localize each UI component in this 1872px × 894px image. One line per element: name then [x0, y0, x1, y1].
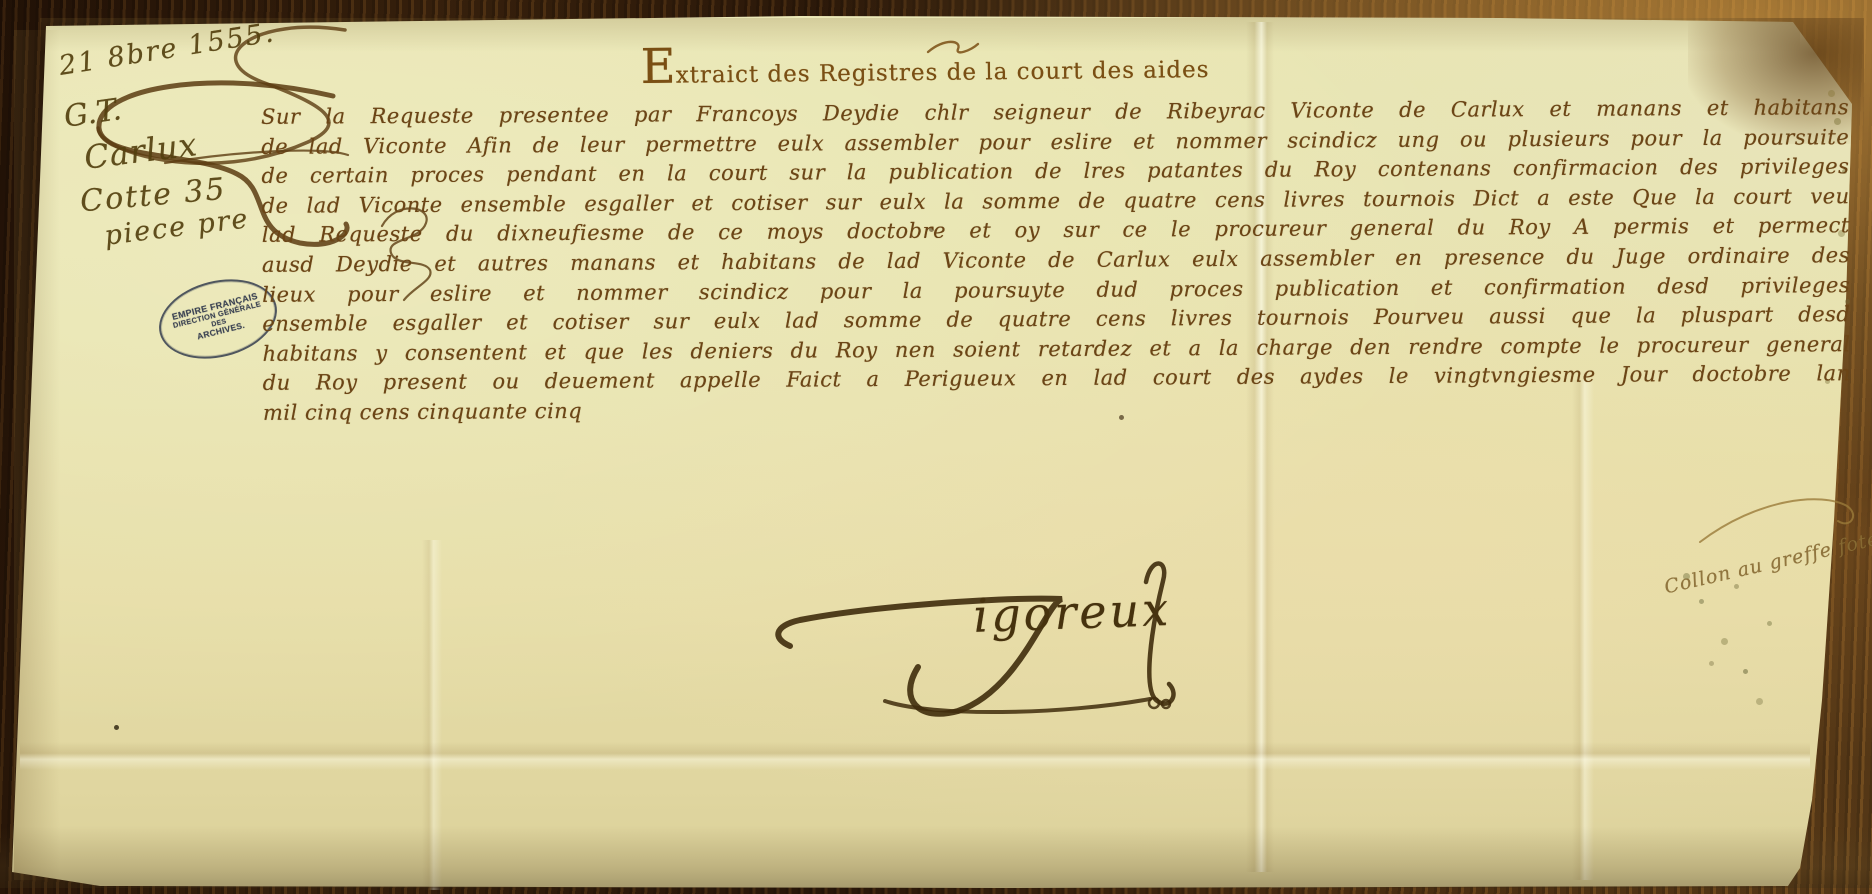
document-title: Extraict des Registres de la court des a…: [575, 32, 1276, 95]
manuscript-body: Sur la Requeste presentee par Francoys D…: [261, 95, 1851, 430]
manuscript-photo: 21 8bre 1555. G.T. Carlux Cotte 35 piece…: [0, 0, 1872, 894]
clerk-signature: Vigoreux: [937, 582, 1172, 644]
